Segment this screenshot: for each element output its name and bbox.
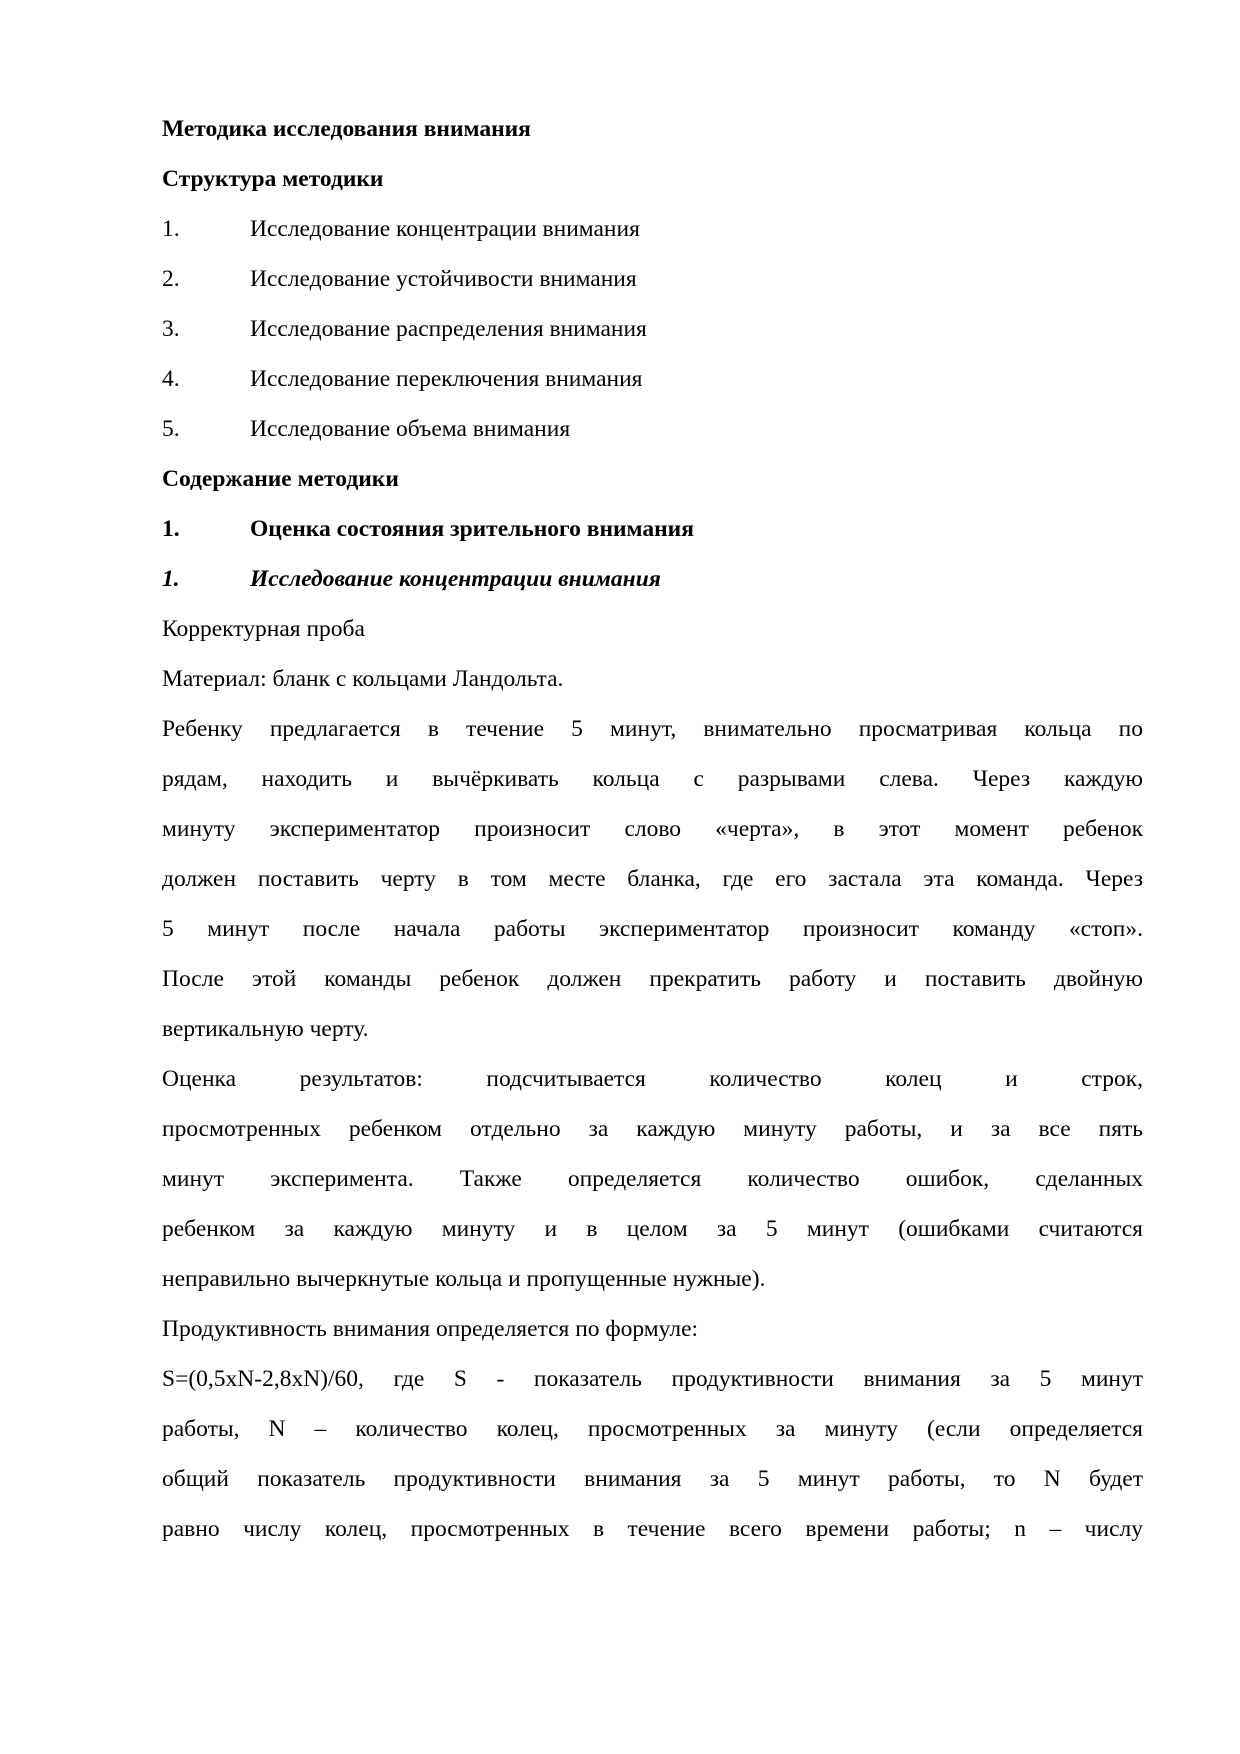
paragraph-line: После этой команды ребенок должен прекра…	[162, 954, 1143, 1004]
heading-number: 1.	[162, 554, 250, 604]
formula-paragraph-line: работы, N – количество колец, просмотрен…	[162, 1404, 1143, 1454]
paragraph-line: минут эксперимента. Также определяется к…	[162, 1154, 1143, 1204]
list-item-number: 3.	[162, 304, 250, 354]
formula-intro-line: Продуктивность внимания определяется по …	[162, 1304, 1143, 1354]
document-page: Методика исследования внимания Структура…	[0, 0, 1240, 1754]
list-item-number: 5.	[162, 404, 250, 454]
heading-text: Исследование концентрации внимания	[250, 566, 661, 592]
heading-number: 1.	[162, 504, 250, 554]
section-heading-structure: Структура методики	[162, 154, 1143, 204]
list-item-text: Исследование объема внимания	[250, 416, 570, 442]
paragraph-line: неправильно вычеркнутые кольца и пропуще…	[162, 1254, 1143, 1304]
list-item-number: 4.	[162, 354, 250, 404]
list-item-number: 2.	[162, 254, 250, 304]
paragraph-line: ребенком за каждую минуту и в целом за 5…	[162, 1204, 1143, 1254]
paragraph-line: просмотренных ребенком отдельно за кажду…	[162, 1104, 1143, 1154]
formula-paragraph-line: S=(0,5xN-2,8xN)/60, где S - показатель п…	[162, 1354, 1143, 1404]
paragraph-line: должен поставить черту в том месте бланк…	[162, 854, 1143, 904]
document-title: Методика исследования внимания	[162, 104, 1143, 154]
numbered-heading-visual-attention: 1.Оценка состояния зрительного внимания	[162, 504, 1143, 554]
list-item-text: Исследование устойчивости внимания	[250, 266, 637, 292]
list-item-1: 1.Исследование концентрации внимания	[162, 204, 1143, 254]
list-item-text: Исследование переключения внимания	[250, 366, 643, 392]
paragraph-line: Ребенку предлагается в течение 5 минут, …	[162, 704, 1143, 754]
paragraph-line: минуту экспериментатор произносит слово …	[162, 804, 1143, 854]
material-line: Материал: бланк с кольцами Ландольта.	[162, 654, 1143, 704]
paragraph-line: рядам, находить и вычёркивать кольца с р…	[162, 754, 1143, 804]
list-item-number: 1.	[162, 204, 250, 254]
list-item-4: 4.Исследование переключения внимания	[162, 354, 1143, 404]
list-item-2: 2.Исследование устойчивости внимания	[162, 254, 1143, 304]
section-heading-content: Содержание методики	[162, 454, 1143, 504]
list-item-text: Исследование концентрации внимания	[250, 216, 640, 242]
formula-paragraph-line: равно числу колец, просмотренных в течен…	[162, 1504, 1143, 1554]
heading-text: Оценка состояния зрительного внимания	[250, 516, 694, 542]
list-item-text: Исследование распределения внимания	[250, 316, 647, 342]
numbered-heading-concentration: 1.Исследование концентрации внимания	[162, 554, 1143, 604]
formula-paragraph-line: общий показатель продуктивности внимания…	[162, 1454, 1143, 1504]
list-item-3: 3.Исследование распределения внимания	[162, 304, 1143, 354]
subheading-proofreading-test: Корректурная проба	[162, 604, 1143, 654]
paragraph-line: вертикальную черту.	[162, 1004, 1143, 1054]
paragraph-line: 5 минут после начала работы эксперимента…	[162, 904, 1143, 954]
list-item-5: 5.Исследование объема внимания	[162, 404, 1143, 454]
paragraph-line: Оценка результатов: подсчитывается колич…	[162, 1054, 1143, 1104]
